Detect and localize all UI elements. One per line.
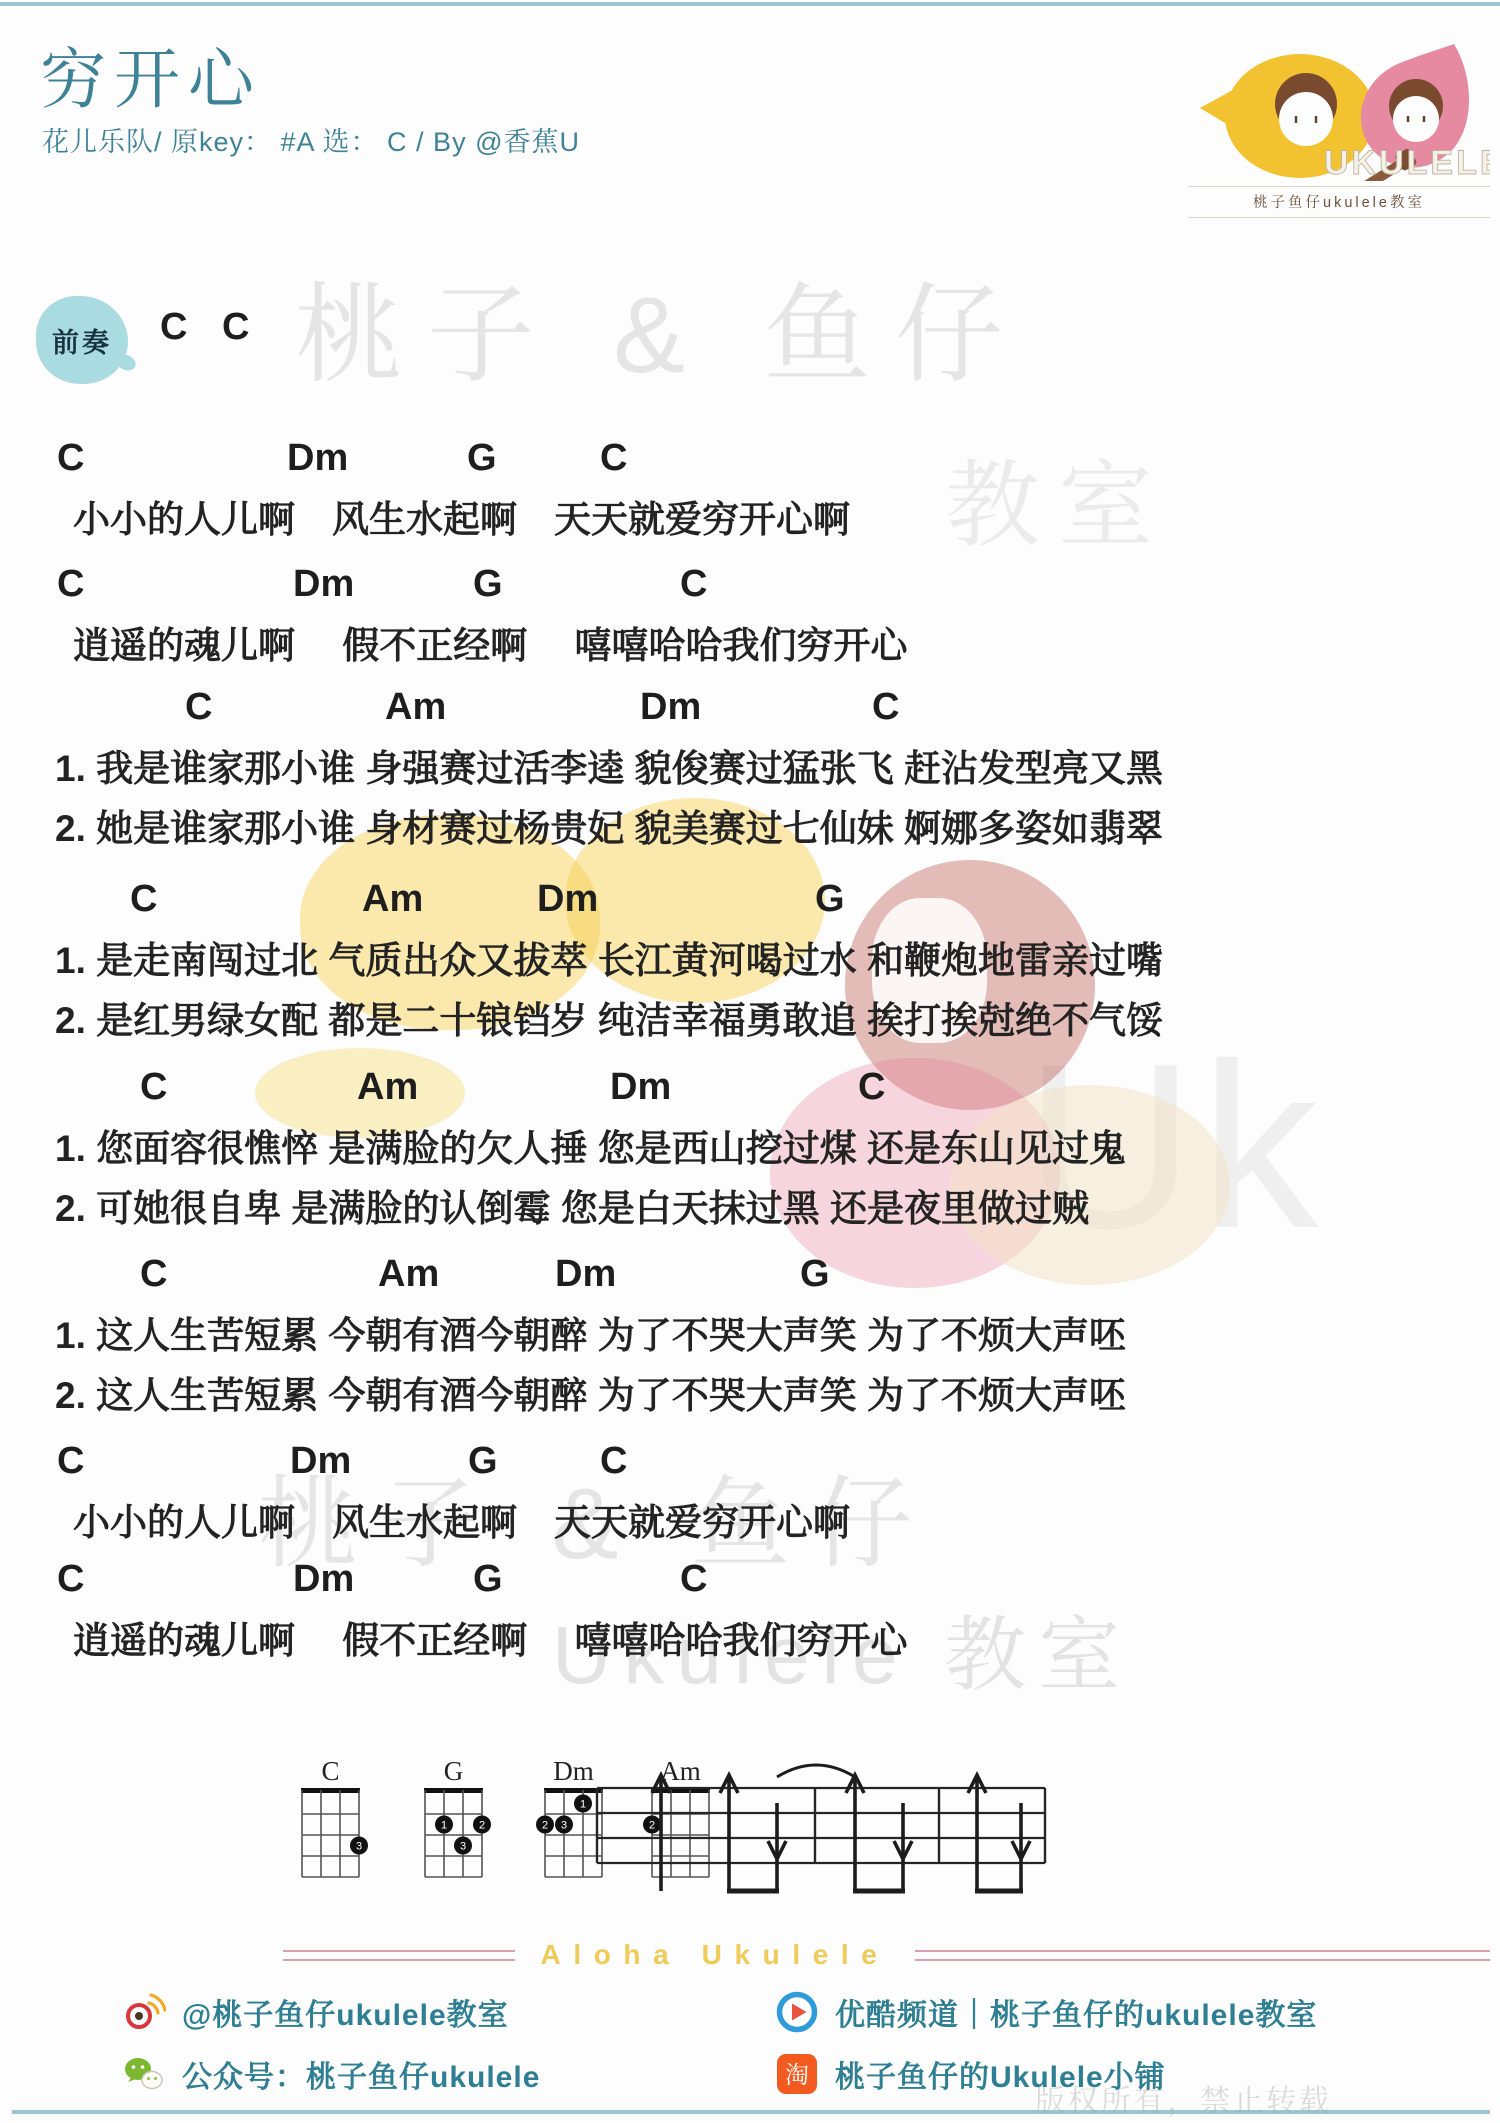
svg-text:淘: 淘 — [785, 2062, 809, 2089]
chord-label: Am — [357, 1066, 418, 1109]
svg-text:G: G — [444, 1756, 464, 1786]
chord-label: G — [473, 563, 503, 606]
svg-text:3: 3 — [356, 1841, 362, 1853]
chord-label: C — [600, 437, 627, 480]
social-weibo: @桃子鱼仔ukulele教室 — [122, 1990, 509, 2034]
aloha-divider-right — [915, 1950, 1490, 1961]
lyric-line: 2. 可她很自卑 是满脸的认倒霉 您是白天抹过黑 还是夜里做过贼 — [55, 1178, 1089, 1232]
chord-label: Dm — [287, 437, 348, 480]
song-line: CAmDmC1. 我是谁家那小谁 身强赛过活李逵 貌俊赛过猛张飞 赶沾发型亮又黑… — [0, 686, 1500, 866]
song-line: CAmDmC1. 您面容很憔悴 是满脸的欠人捶 您是西山挖过煤 还是东山见过鬼2… — [0, 1066, 1500, 1246]
svg-text:2: 2 — [542, 1820, 548, 1832]
chord-label: Am — [385, 686, 446, 729]
chord-label: C — [57, 1440, 84, 1483]
chord-diagram-G: G123 — [415, 1756, 505, 1906]
chord-label: C — [140, 1066, 167, 1109]
chord-label: C — [130, 878, 157, 921]
lyric-line: 逍遥的魂儿啊 假不正经啊 嘻嘻哈哈我们穷开心 — [73, 615, 908, 669]
svg-text:1: 1 — [441, 1820, 447, 1832]
chord-label: Dm — [537, 878, 598, 921]
chord-label: C — [57, 563, 84, 606]
chord-label: Am — [378, 1253, 439, 1296]
chord-label: G — [815, 878, 845, 921]
chord-label: G — [473, 1558, 503, 1601]
aloha-banner: Aloha Ukulele — [430, 1939, 1000, 1971]
chord-diagram-C: C3 — [292, 1756, 382, 1906]
lyric-line: 2. 她是谁家那小谁 身材赛过杨贵妃 貌美赛过七仙妹 婀娜多姿如翡翠 — [55, 798, 1163, 852]
svg-text:1: 1 — [580, 1799, 586, 1811]
social-youku: 优酷频道｜桃子鱼仔的ukulele教室 — [775, 1990, 1317, 2034]
chord-label: C — [140, 1253, 167, 1296]
song-line: CAmDmG1. 这人生苦短累 今朝有酒今朝醉 为了不哭大声笑 为了不烦大声呸2… — [0, 1253, 1500, 1433]
chord-label: C — [185, 686, 212, 729]
lyric-line: 1. 您面容很憔悴 是满脸的欠人捶 您是西山挖过煤 还是东山见过鬼 — [55, 1118, 1126, 1172]
lyric-line: 2. 是红男绿女配 都是二十锒铛岁 纯洁幸福勇敢追 挨打挨尅绝不气馁 — [55, 990, 1163, 1044]
lyric-line: 小小的人儿啊 风生水起啊 天天就爱穷开心啊 — [73, 1492, 850, 1546]
svg-text:3: 3 — [460, 1841, 466, 1853]
chord-label: C — [57, 437, 84, 480]
chord-label: C — [858, 1066, 885, 1109]
song-line: CAmDmG1. 是走南闯过北 气质出众又拔萃 长江黄河喝过水 和鞭炮地雷亲过嘴… — [0, 878, 1500, 1058]
chord-label: Dm — [290, 1440, 351, 1483]
svg-text:Dm: Dm — [553, 1756, 594, 1786]
svg-text:2: 2 — [479, 1820, 485, 1832]
social-text: @桃子鱼仔ukulele教室 — [182, 1990, 509, 2034]
chord-label: G — [468, 1440, 498, 1483]
chord-label: C — [57, 1558, 84, 1601]
social-text: 桃子鱼仔的Ukulele小铺 — [835, 2052, 1166, 2096]
chord-sheet-page: 桃子 & 鱼仔 教室 桃子 & 鱼仔 Ukulele 教室 Uk 穷开心 花儿乐… — [0, 0, 1500, 2123]
lyric-line: 2. 这人生苦短累 今朝有酒今朝醉 为了不哭大声笑 为了不烦大声呸 — [55, 1365, 1126, 1419]
svg-text:3: 3 — [561, 1820, 567, 1832]
chord-label: C — [872, 686, 899, 729]
youku-icon — [775, 1990, 819, 2034]
strumming-pattern — [593, 1763, 1053, 1918]
social-taobao: 淘桃子鱼仔的Ukulele小铺 — [775, 2052, 1166, 2096]
chord-label: C — [680, 1558, 707, 1601]
chord-label: Am — [362, 878, 423, 921]
lyric-line: 1. 我是谁家那小谁 身强赛过活李逵 貌俊赛过猛张飞 赶沾发型亮又黑 — [55, 738, 1163, 792]
svg-text:C: C — [321, 1756, 339, 1786]
strum-staff-icon — [593, 1763, 1053, 1913]
social-text: 优酷频道｜桃子鱼仔的ukulele教室 — [835, 1990, 1317, 2034]
taobao-icon: 淘 — [775, 2052, 819, 2096]
song-line: CDmGC逍遥的魂儿啊 假不正经啊 嘻嘻哈哈我们穷开心 — [0, 1558, 1500, 1738]
chord-label: Dm — [640, 686, 701, 729]
chord-label: Dm — [555, 1253, 616, 1296]
chord-label: G — [800, 1253, 830, 1296]
lyric-line: 小小的人儿啊 风生水起啊 天天就爱穷开心啊 — [73, 489, 850, 543]
chord-label: C — [600, 1440, 627, 1483]
lyric-line: 1. 是走南闯过北 气质出众又拔萃 长江黄河喝过水 和鞭炮地雷亲过嘴 — [55, 930, 1163, 984]
wechat-icon — [122, 2052, 166, 2096]
social-text: 公众号：桃子鱼仔ukulele — [182, 2052, 540, 2096]
chord-label: C — [680, 563, 707, 606]
lyric-line: 逍遥的魂儿啊 假不正经啊 嘻嘻哈哈我们穷开心 — [73, 1610, 908, 1664]
chord-label: Dm — [610, 1066, 671, 1109]
social-wechat: 公众号：桃子鱼仔ukulele — [122, 2052, 540, 2096]
weibo-icon — [122, 1990, 166, 2034]
lyric-line: 1. 这人生苦短累 今朝有酒今朝醉 为了不哭大声笑 为了不烦大声呸 — [55, 1305, 1126, 1359]
chord-label: Dm — [293, 563, 354, 606]
chord-label: Dm — [293, 1558, 354, 1601]
chord-label: G — [467, 437, 497, 480]
